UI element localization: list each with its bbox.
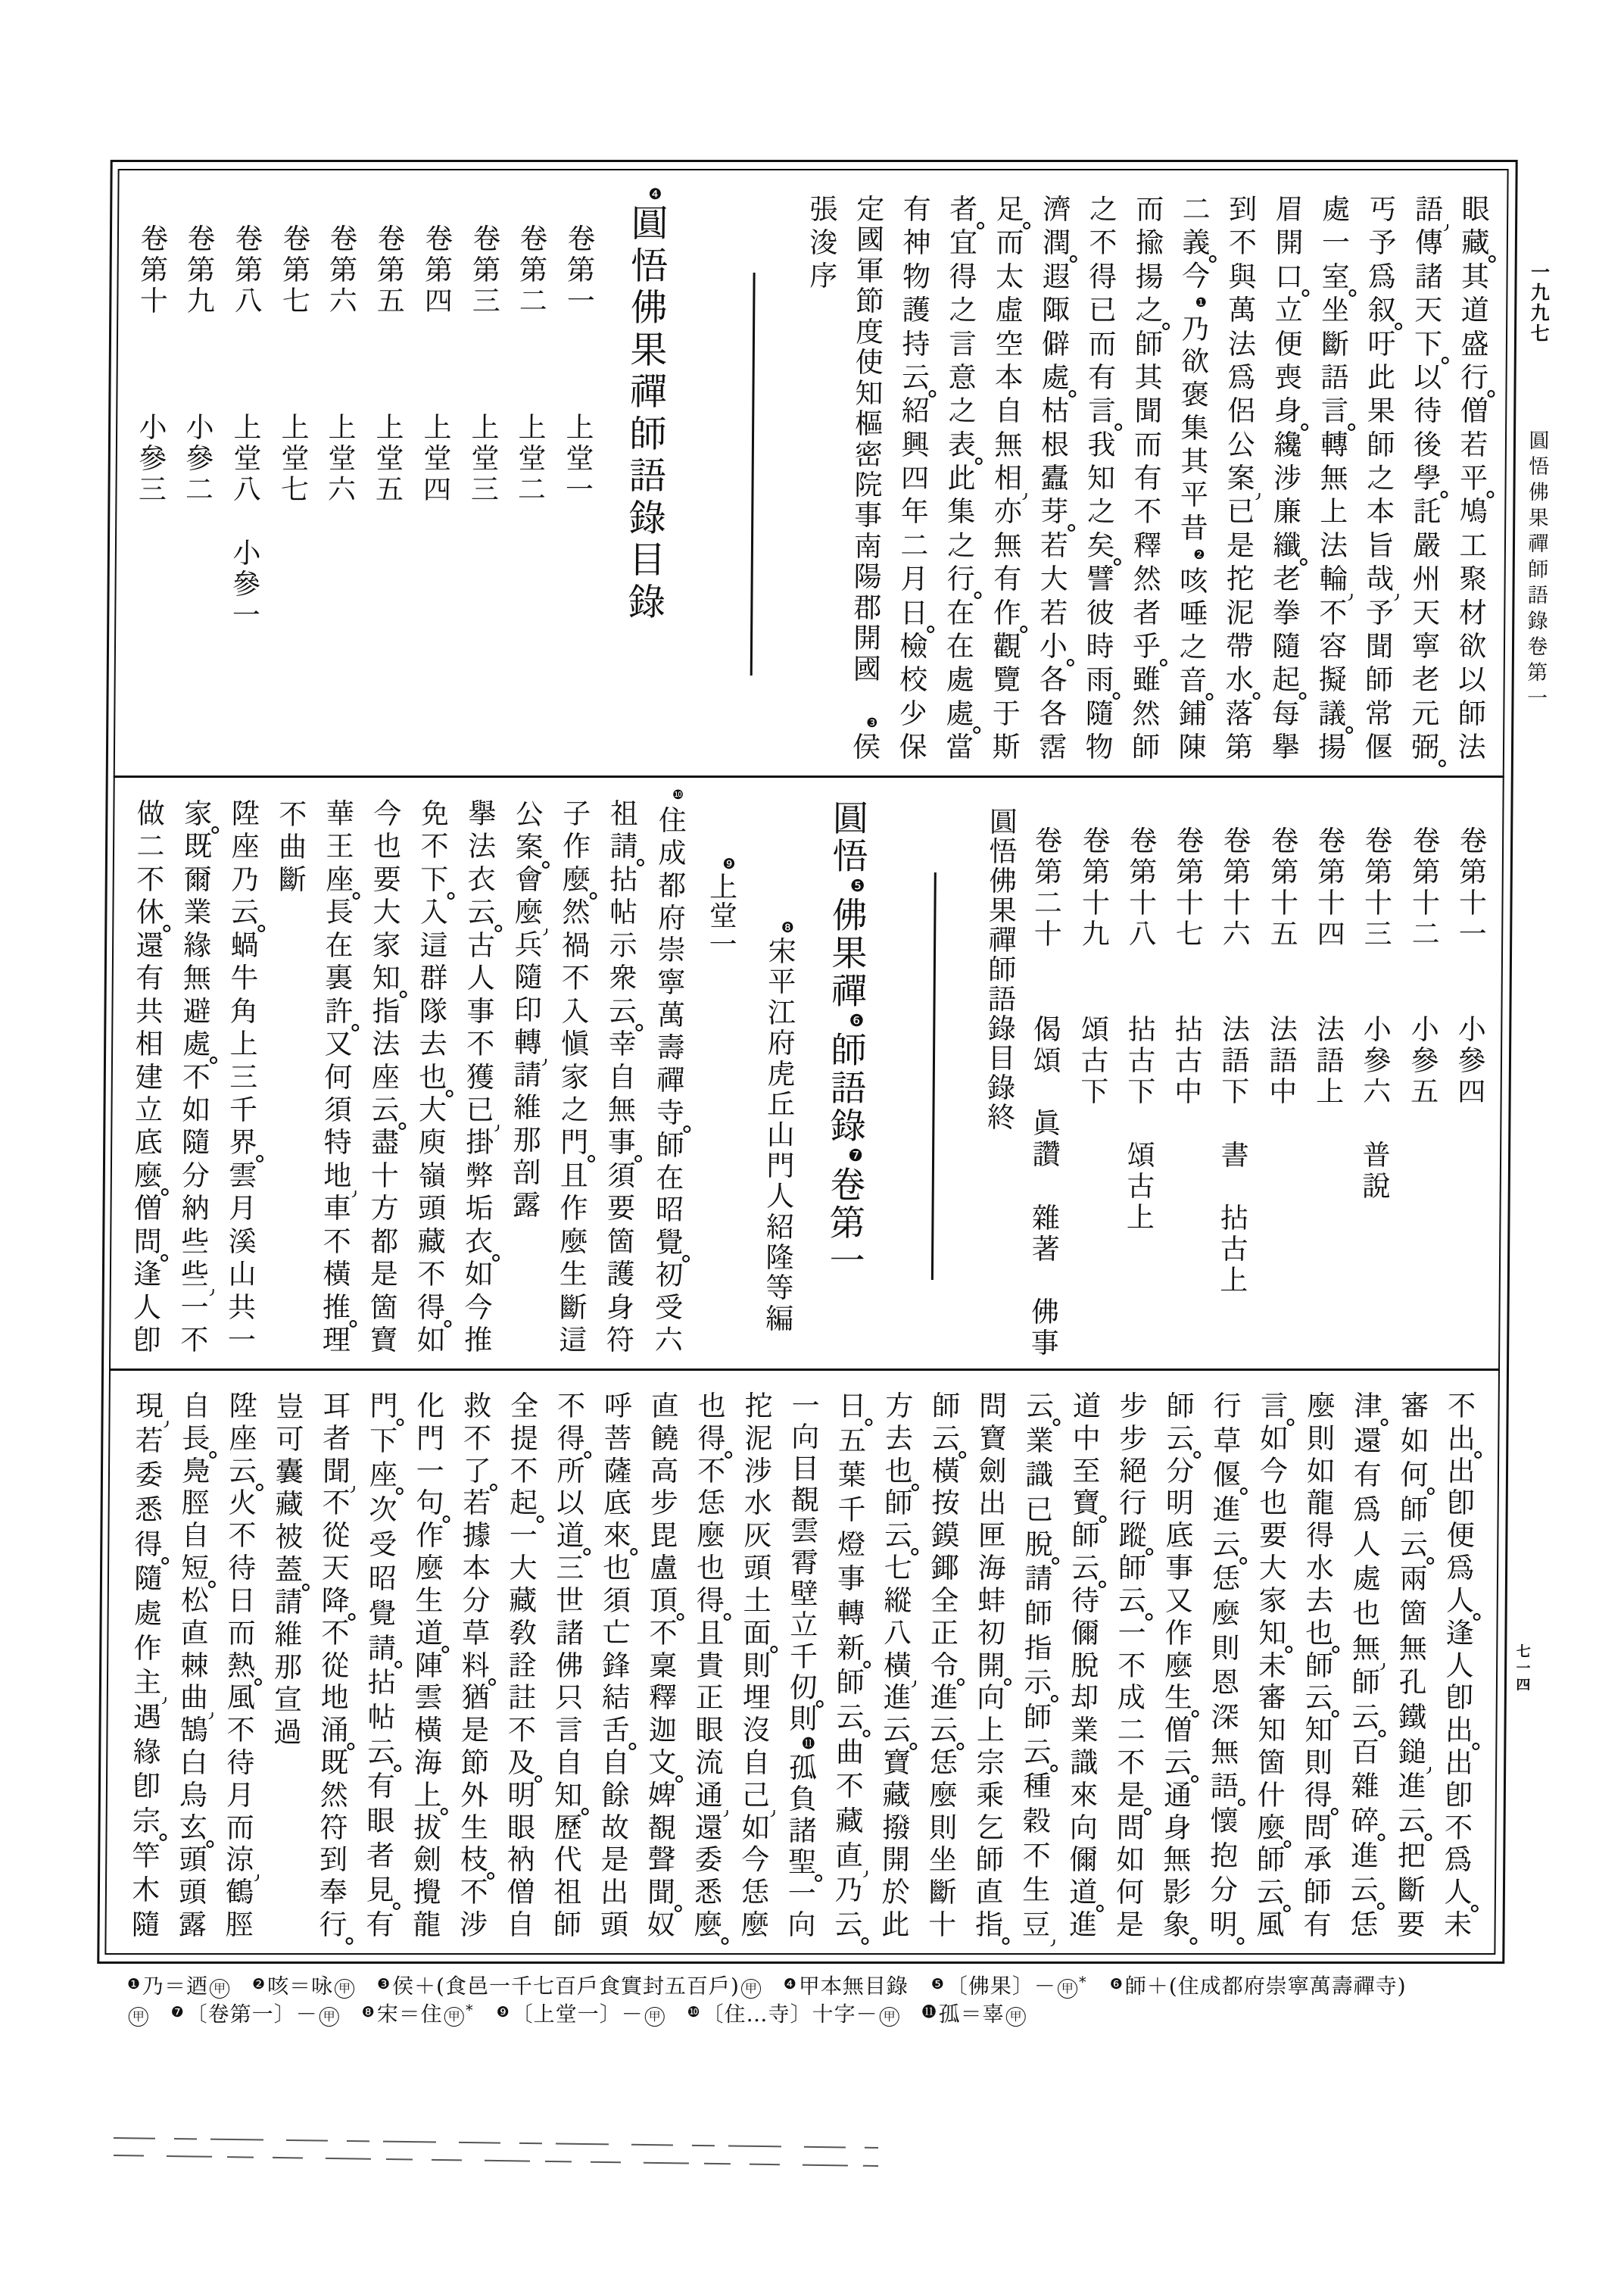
glyph: 蹤。 [1116,1521,1149,1550]
text-column: 免不下。入這群隊去也。大庾嶺頭藏不得。如 [413,800,453,1355]
glyph: 也 [695,1392,728,1421]
glyph: 代 [551,1846,584,1874]
glyph: 露 [176,1911,209,1940]
glyph: 家 [558,1063,591,1092]
glyph: 子 [560,800,594,829]
text-column: 陞座云。火不待日而熱。風不待月而涼、鶴脛 [221,1392,261,1940]
glyph: 師 [1364,431,1398,460]
glyph: 工 [1457,532,1490,560]
toc-item: 上堂六 [323,412,360,505]
glyph: 直 [648,1392,681,1421]
glyph: 云。 [1395,1807,1429,1836]
glyph: 事。 [605,1128,638,1157]
glyph: 師 [930,1392,963,1421]
glyph: 陽 [851,563,884,591]
glyph: 處 [131,1599,164,1628]
glyph: 欲 [1179,348,1212,376]
glyph: 陬 [1040,296,1073,325]
toc-volume-label: 卷第二十 [1030,825,1067,950]
glyph: 不 [320,1489,353,1518]
glyph: 行 [1116,1489,1149,1518]
glyph: 卷 [1127,825,1160,857]
glyph: 知。 [552,1781,585,1810]
glyph: 去 [882,1425,915,1453]
footnote-text: 宋＝住 [377,2002,443,2027]
glyph: 出。 [1445,1425,1478,1453]
text-column: 不得。所以道。三世諸佛只言自知。歷代祖師 [549,1392,589,1940]
glyph: 請。 [607,832,641,861]
glyph: 十 [1173,888,1206,919]
glyph: 得 [1304,1521,1337,1550]
glyph: 丘 [764,1090,797,1120]
glyph: 不 [554,1392,588,1421]
glyph: 上 [227,1030,260,1059]
source-siglum-circled: 甲 [645,2007,665,2027]
toc-item: 拈古下 [1124,1014,1161,1107]
glyph: 室。 [1319,263,1352,292]
footnote-marker: ❽ [362,2004,376,2021]
glyph: 師 [1363,666,1396,694]
glyph: 化 [414,1392,447,1421]
glyph: 上 [1314,1076,1347,1107]
glyph: 拈 [607,866,641,894]
text-column: 日。五葉千燈事轉新。師云。曲不藏直、乃云。 [831,1392,871,1940]
glyph: 業 [181,898,214,927]
glyph: 公 [1224,431,1258,460]
glyph: 上 [373,412,407,443]
glyph: 還 [1351,1427,1384,1456]
glyph: 則 [1301,1749,1335,1777]
glyph: 保 [896,733,930,762]
glyph: 各 [1036,666,1070,694]
footnote-text: 咳＝咏 [267,1974,333,1999]
glyph: 法 [369,1030,403,1059]
toc-item: 雜著 [1027,1203,1064,1265]
glyph: 唾 [1177,600,1210,629]
glyph: 休。 [133,898,167,927]
glyph: 步 [1117,1392,1150,1421]
glyph: 悟 [1528,454,1551,480]
glyph: 三 [469,286,503,317]
glyph: 宋 [765,937,799,967]
glyph: 都 [368,1228,401,1256]
glyph: 堂 [231,443,264,474]
glyph: 容 [1316,632,1349,661]
glyph: 恁 [738,1878,771,1907]
glyph: 日。 [836,1392,869,1421]
glyph: 師 [1349,1668,1382,1697]
glyph: 于 [990,700,1023,729]
glyph: 也 [1350,1599,1383,1628]
glyph: 從 [318,1652,351,1681]
glyph: 鏌 [928,1521,962,1550]
glyph: 下 [1125,1076,1158,1107]
glyph: 第 [1127,857,1160,888]
glyph: 卷 [1526,635,1549,660]
glyph: 錄 [985,1073,1018,1103]
glyph: 出 [976,1489,1009,1518]
glyph: 大 [1256,1554,1289,1583]
glyph: 四 [422,286,455,317]
glyph: 云。 [927,1716,960,1745]
glyph: 要 [604,1194,637,1223]
glyph: 水 [741,1489,775,1518]
glyph: 囊 [273,1456,306,1488]
glyph: 出 [1442,1749,1476,1777]
glyph: 稟 [647,1652,680,1681]
glyph: 爲 [1225,364,1258,392]
glyph: 已 [1086,296,1119,325]
glyph: 本 [992,364,1025,392]
glyph: 揚 [1315,733,1348,762]
glyph: 有 [1301,1911,1334,1940]
glyph: 做 [134,800,167,829]
glyph: 不 [833,1772,866,1801]
glyph: 古 [1172,1045,1205,1076]
glyph: 問 [1301,1814,1335,1843]
glyph: 那 [271,1651,304,1684]
footnote: ❶乃＝迺甲 [127,1974,229,1999]
glyph: 宗。 [129,1807,163,1836]
glyph: 有 [1351,1461,1384,1490]
punctuation-circle: 。 [1050,1765,1058,1772]
glyph: 箇 [604,1228,637,1256]
glyph: 第 [565,254,598,286]
glyph: 得。 [695,1425,728,1453]
glyph: 門。 [367,1392,401,1421]
text-column: 麼則如龍得水去也。師云。知則得。問承師有 [1299,1392,1339,1940]
glyph: 然 [317,1781,351,1810]
glyph: 蠹 [1038,464,1071,493]
glyph: 寶 [880,1749,913,1777]
glyph: 現、 [132,1392,166,1421]
glyph: 不 [1317,599,1350,628]
toc-volume-label: 卷第十一 [1454,825,1492,950]
glyph: 八 [881,1619,915,1648]
glyph: 十 [926,1911,959,1940]
text-column: 耳者聞、不從天降。不從地涌。既然符到奉行。 [315,1392,355,1940]
glyph: 第 [1457,857,1490,888]
glyph: 作 [1162,1619,1195,1648]
glyph: 行 [1211,1392,1244,1421]
glyph: 生。 [1161,1684,1195,1712]
glyph: 卷 [1220,825,1254,857]
text-column: 公案。會麼、兵隨印轉、請維那剖露 [508,798,547,1222]
glyph: 之。 [1133,296,1166,325]
glyph: 侯 [849,733,883,762]
glyph: 藏 [833,1807,866,1836]
glyph: 鳧 [179,1457,213,1486]
glyph: 褒 [1178,381,1211,410]
glyph: 大 [416,1096,449,1125]
glyph: 昭 [366,1565,399,1593]
glyph: 不 [1131,498,1164,526]
punctuation-circle: 。 [1236,1937,1244,1945]
glyph: 上 [1124,1202,1157,1233]
text-column: 方去也。師云。七縱八橫、進云。寶藏撥開於此 [877,1392,918,1940]
glyph: 小 [1361,1014,1394,1045]
glyph: 受 [652,1294,685,1322]
glyph: 平。 [1457,464,1490,493]
glyph: 壽 [654,1034,687,1063]
glyph: 分 [1163,1457,1196,1486]
glyph: 外 [458,1781,491,1810]
glyph: 堂 [563,443,597,474]
glyph: 推。 [320,1294,353,1322]
glyph: 昭 [653,1196,686,1225]
glyph: 識 [1068,1749,1101,1777]
glyph: 國 [850,655,884,684]
glyph: 何 [322,1063,355,1092]
glyph: 得。 [1301,1781,1335,1810]
toc-item: 拈古上 [1216,1203,1253,1296]
glyph: 這 [556,1326,590,1355]
glyph: 示。 [1021,1668,1055,1697]
glyph: 云。 [228,898,261,927]
glyph: 鐵 [1396,1703,1429,1732]
glyph: 諸 [553,1619,586,1648]
glyph: 頭 [176,1846,210,1874]
glyph: 指。 [972,1911,1005,1940]
glyph: 云。 [832,1911,865,1940]
glyph: 如 [462,1260,495,1289]
text-column: 豈可囊藏被蓋。請維那宣過 [270,1390,308,1749]
text-column: 一向目覩雲霄壁立千仞。則⓫孤負諸聖。一向 [784,1392,824,1940]
glyph: 有 [991,565,1024,594]
glyph: 以 [1456,666,1489,694]
glyph: 議。 [1316,700,1349,729]
glyph: 天 [1412,296,1445,325]
glyph: 眞 [1030,1108,1063,1139]
glyph: 海 [975,1554,1008,1583]
glyph: 此 [879,1911,912,1940]
glyph: 奴 [644,1911,678,1940]
glyph: 使 [853,348,886,377]
glyph: 嶺 [416,1162,449,1191]
glyph: 自 [992,397,1025,426]
glyph: 向 [785,1911,818,1940]
glyph: 進 [1210,1496,1243,1525]
glyph: 言。 [1085,397,1118,426]
punctuation-circle: 。 [1052,1418,1060,1426]
glyph: 負 [786,1785,819,1814]
glyph: 小 [1408,1014,1442,1045]
glyph: 者。 [947,195,980,224]
glyph: 爲 [1444,1554,1477,1583]
glyph: 獲 [463,1063,497,1092]
glyph: 作 [131,1634,164,1663]
glyph: 言 [946,330,979,359]
glyph: 直 [178,1619,211,1648]
glyph: 自 [599,1749,632,1777]
glyph: 詮 [506,1652,539,1681]
glyph: 到 [317,1846,351,1874]
glyph: 落 [1223,700,1256,729]
glyph: 四 [898,464,931,493]
glyph: 州 [1410,565,1443,594]
glyph: 薩 [601,1457,634,1486]
glyph: 而 [223,1814,257,1843]
glyph: 沒 [740,1716,773,1745]
glyph: 虛 [993,296,1026,325]
glyph: 待 [1411,397,1445,426]
glyph: 何 [1113,1878,1146,1907]
glyph: 擧 [1269,733,1302,762]
glyph: 法 [1314,1014,1347,1045]
source-siglum-circled: 甲 [444,2007,464,2027]
glyph: 十 [1220,888,1253,919]
preface-column: 處一室。坐斷語言。轉無上法輪、不容擬議。揚 [1314,195,1354,762]
glyph: 葉 [835,1461,868,1490]
footnote-reference-marker: ❷ [1183,548,1216,563]
glyph: 轉 [834,1599,868,1628]
glyph: 不 [464,1030,497,1059]
footnote: ❻師＋(住成都府崇寧萬壽禪寺) [1110,1974,1407,1999]
glyph: 業 [1068,1716,1101,1745]
toc-item: 上堂四 [419,412,456,505]
glyph: 云。 [1302,1684,1336,1712]
toc-volume-label: 卷第五 [372,223,410,317]
glyph: 頌 [1078,1014,1111,1045]
glyph: 八 [232,286,265,317]
footnote: ❺〔佛果〕－甲* [931,1974,1087,1999]
glyph: 有 [900,195,934,224]
glyph: 還 [133,932,167,960]
glyph: 鵠 [177,1716,210,1745]
glyph: 燈 [834,1531,868,1559]
glyph: 也。 [882,1457,915,1486]
glyph: 這 [417,932,450,960]
glyph: 底 [600,1489,634,1518]
glyph: 生 [1020,1876,1053,1905]
footnote: ❽宋＝住甲* [362,2002,474,2027]
glyph: 日。 [897,599,930,628]
glyph: 持 [899,330,933,359]
register-divider-lower [109,1369,1500,1371]
glyph: 師 [1129,733,1162,762]
glyph: 壁 [787,1580,821,1609]
glyph: 軍 [853,257,887,286]
glyph: 本 [1364,498,1397,526]
glyph: 太 [993,263,1026,292]
glyph: 下 [1219,1076,1252,1107]
source-siglum-circled: 甲 [1005,2007,1025,2027]
glyph: 叙。 [1365,296,1398,325]
glyph: 師 [1021,1599,1055,1628]
punctuation-circle: 。 [1189,1937,1197,1945]
glyph: 頭 [176,1878,209,1907]
glyph: 第 [1362,857,1395,888]
glyph: 耳 [320,1392,354,1421]
glyph: 隨 [129,1911,162,1940]
glyph: 底 [1163,1521,1196,1550]
glyph: 涉 [741,1457,775,1486]
glyph: 堂 [373,443,407,474]
glyph: 劍 [976,1457,1009,1486]
glyph: 事 [464,997,497,1026]
glyph: 處。 [1039,364,1072,392]
glyph: 初 [653,1261,686,1290]
glyph: 悉 [691,1878,725,1907]
glyph: 爾 [181,866,214,894]
glyph: 卷 [1032,825,1065,857]
glyph: 哉、 [1364,565,1397,594]
glyph: 則 [1304,1425,1337,1453]
punctuation-circle: 。 [161,1557,169,1565]
glyph: 覩 [788,1486,821,1515]
glyph: 婢 [645,1781,678,1810]
glyph: 云。 [1397,1531,1430,1559]
glyph: 抱 [1208,1842,1241,1871]
scan-artifact-dashed-lines [0,2121,909,2181]
glyph: 輪、 [1317,565,1350,594]
glyph: 受 [366,1531,399,1559]
glyph: 料。 [459,1652,492,1681]
toc-item: 偈頌 [1029,1014,1066,1076]
glyph: 圓 [829,801,871,838]
glyph: 象。 [1160,1911,1193,1940]
glyph: 涉 [1270,464,1304,493]
glyph: 是。 [1114,1781,1147,1810]
glyph: 全 [508,1392,541,1421]
glyph: 些 [179,1228,212,1256]
glyph: 隨 [179,1128,213,1157]
glyph: 不 [694,1457,728,1486]
glyph: 千 [835,1496,868,1525]
glyph: 月 [226,1194,259,1223]
toc-volume-label: 卷第一 [563,223,600,317]
glyph: 根 [1038,431,1071,460]
glyph: 曲、 [177,1684,210,1712]
glyph: 頌 [1124,1140,1158,1171]
glyph: 避 [180,997,214,1026]
glyph: 身。 [1271,397,1304,426]
glyph: 住 [656,807,689,835]
glyph: 何。 [1398,1461,1431,1490]
glyph: 佛 [828,897,871,935]
glyph: 逢 [1443,1619,1476,1648]
glyph: 語 [1526,583,1549,609]
glyph: 是 [1113,1911,1146,1940]
glyph: 短。 [179,1554,212,1583]
glyph: 十 [1126,888,1159,919]
glyph: 來 [1068,1781,1101,1810]
glyph: 聖。 [785,1848,818,1877]
glyph: 麼 [557,1228,591,1256]
glyph: 吁 [1365,330,1398,359]
glyph: 語 [626,455,669,498]
glyph: 却 [1068,1684,1101,1712]
glyph: 上 [469,412,502,443]
glyph: 無 [1208,1738,1242,1767]
glyph: 一 [413,1457,447,1486]
glyph: 虎 [765,1060,798,1090]
glyph: 木 [129,1876,163,1905]
glyph: 大 [1037,565,1071,594]
glyph: 水。 [1223,666,1256,694]
glyph: 下。 [418,866,451,894]
footnote-marker: ⓫ [921,2004,937,2021]
glyph: 堂 [326,443,359,474]
glyph: 還 [692,1814,725,1843]
glyph: 事 [852,501,885,530]
glyph: 欲 [1456,632,1489,661]
glyph: 一 [789,1392,822,1421]
glyph: 上 [1217,1265,1251,1296]
glyph: 師 [1116,1554,1149,1583]
glyph: 分 [179,1162,212,1191]
preface-column: 丐予爲叙。吁此果師之本旨哉、予聞師常偃 [1361,195,1401,762]
